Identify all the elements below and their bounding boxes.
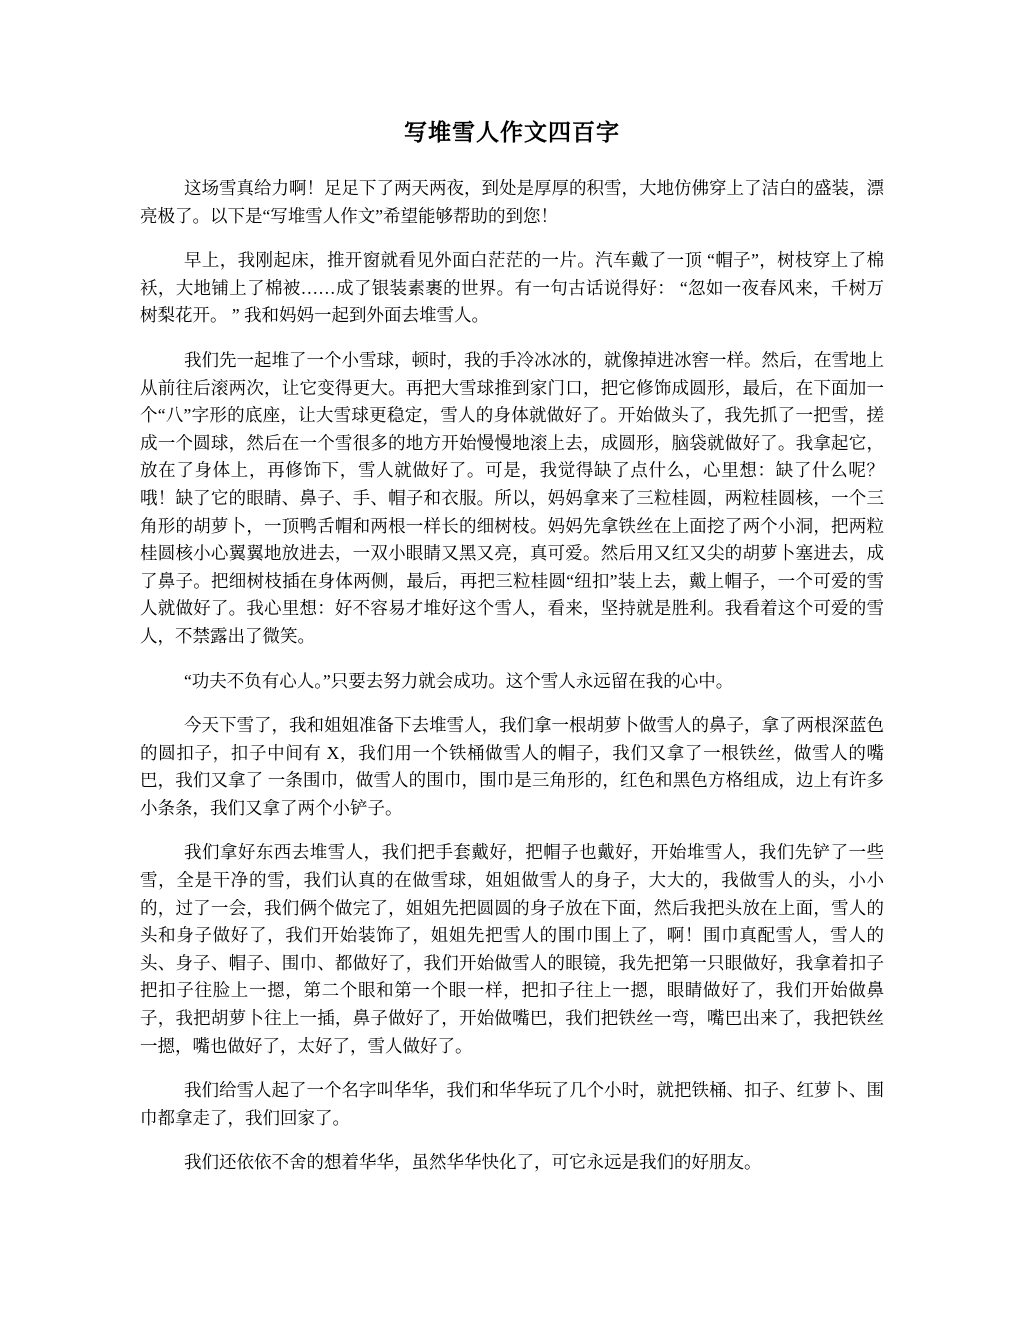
paragraph-3: 我们先一起堆了一个小雪球，顿时，我的手冷冰冰的，就像掉进冰窖一样。然后，在雪地上… (140, 347, 884, 651)
paragraph-1: 这场雪真给力啊！足足下了两天两夜，到处是厚厚的积雪，大地仿佛穿上了洁白的盛装，漂… (140, 175, 884, 230)
paragraph-4: “功夫不负有心人。”只要去努力就会成功。这个雪人永远留在我的心中。 (140, 668, 884, 696)
document-title: 写堆雪人作文四百字 (140, 118, 884, 148)
paragraph-5: 今天下雪了，我和姐姐准备下去堆雪人，我们拿一根胡萝卜做雪人的鼻子，拿了两根深蓝色… (140, 712, 884, 822)
paragraph-2: 早上，我刚起床，推开窗就看见外面白茫茫的一片。汽车戴了一顶 “帽子”，树枝穿上了… (140, 247, 884, 330)
document-body: 这场雪真给力啊！足足下了两天两夜，到处是厚厚的积雪，大地仿佛穿上了洁白的盛装，漂… (140, 175, 884, 1177)
paragraph-8: 我们还依依不舍的想着华华，虽然华华快化了，可它永远是我们的好朋友。 (140, 1149, 884, 1177)
paragraph-7: 我们给雪人起了一个名字叫华华，我们和华华玩了几个小时，就把铁桶、扣子、红萝卜、围… (140, 1077, 884, 1132)
document-page: 写堆雪人作文四百字 这场雪真给力啊！足足下了两天两夜，到处是厚厚的积雪，大地仿佛… (0, 0, 1020, 1320)
paragraph-6: 我们拿好东西去堆雪人，我们把手套戴好，把帽子也戴好，开始堆雪人，我们先铲了一些雪… (140, 839, 884, 1060)
